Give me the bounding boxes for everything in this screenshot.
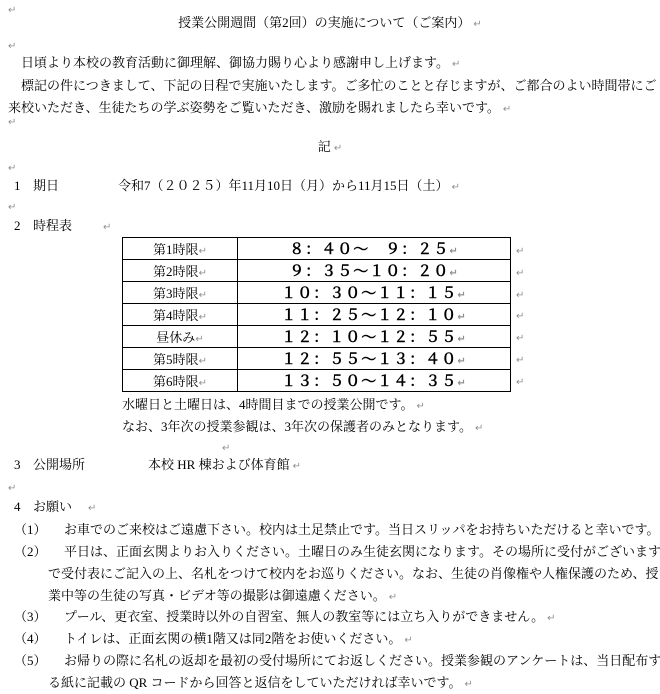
period-cell: 第3時限↵	[123, 282, 238, 304]
section-label: お願い	[33, 499, 72, 514]
title-line: 授業公開週間（第2回）の実施について（ご案内）↵	[0, 14, 660, 32]
section-number: 1	[14, 177, 33, 195]
item-text: 業中等の生徒の写真・ビデオ等の撮影は御遠慮ください。	[48, 588, 386, 603]
table-row: 昼休み↵ １２：１０～１２：５５↵	[123, 326, 511, 348]
period-label: 第5時限	[153, 352, 199, 367]
pilcrow-mark: ↵	[199, 268, 207, 279]
section-number: 4	[14, 498, 33, 516]
section-kijitsu: 1期日令和7（２０２５）年11月10日（月）から11月15日（土）↵	[14, 177, 460, 195]
period-label: 第4時限	[153, 308, 199, 323]
empty-paragraph: ↵	[8, 36, 16, 54]
table-row: 第3時限↵ １０：３０～１１：１５↵	[123, 282, 511, 304]
pilcrow-mark: ↵	[503, 104, 511, 115]
schedule-note-2: なお、3年次の授業参観は、3年次の保護者のみとなります。↵	[122, 418, 483, 436]
time-value: １１：２５～１２：１０	[281, 308, 457, 324]
intro-text-2: 標記の件につきまして、下記の日程で実施いたします。ご多忙のことと存じますが、ご都…	[8, 78, 656, 93]
section-label: 公開場所	[33, 457, 85, 472]
time-value: ８：４０～ ９：２５	[289, 242, 449, 258]
intro-text-3: 来校いただき、生徒たちの学ぶ姿勢をご覧いただき、激励を賜れましたら幸いです。	[8, 100, 500, 115]
intro-line-2: 標記の件につきまして、下記の日程で実施いたします。ご多忙のことと存じますが、ご都…	[8, 77, 656, 95]
request-item-5: （5）お帰りの際に名札の返却を最初の受付場所にてお返しください。授業参観のアンケ…	[14, 652, 660, 670]
pilcrow-mark: ↵	[457, 378, 466, 389]
ki-text: 記	[318, 139, 331, 154]
time-cell: ８：４０～ ９：２５↵	[238, 238, 511, 260]
item-text: お車でのご来校はご遠慮下さい。校内は土足禁止です。当日スリッパをお持ちいただける…	[64, 522, 659, 537]
pilcrow-mark: ↵	[516, 311, 524, 322]
time-cell: １３：５０～１４：３５↵	[238, 370, 511, 392]
period-cell: 第1時限↵	[123, 238, 238, 260]
section-number: 3	[14, 456, 33, 474]
intro-line-3: 来校いただき、生徒たちの学ぶ姿勢をご覧いただき、激励を賜れましたら幸いです。↵	[8, 99, 511, 117]
pilcrow-mark: ↵	[88, 503, 96, 514]
time-cell: ９：３５～１０：２０↵	[238, 260, 511, 282]
empty-paragraph: ↵	[8, 112, 16, 130]
pilcrow-mark: ↵	[516, 246, 524, 257]
pilcrow-mark: ↵	[473, 19, 481, 30]
pilcrow-mark: ↵	[404, 635, 412, 646]
pilcrow-mark: ↵	[195, 334, 203, 345]
page-title: 授業公開週間（第2回）の実施について（ご案内）	[178, 15, 470, 30]
pilcrow-mark: ↵	[452, 59, 460, 70]
table-row: 第4時限↵ １１：２５～１２：１０↵	[123, 304, 511, 326]
pilcrow-mark: ↵	[199, 290, 207, 301]
pilcrow-mark: ↵	[516, 333, 524, 344]
item-number: （2）	[14, 543, 64, 561]
ki-heading: 記↵	[0, 138, 660, 156]
schedule-note-1: 水曜日と土曜日は、4時間目までの授業公開です。↵	[122, 396, 425, 414]
table-row: 第2時限↵ ９：３５～１０：２０↵	[123, 260, 511, 282]
intro-text-1: 日頃より本校の教育活動に御理解、御協力賜り心より感謝申し上げます。	[8, 55, 449, 70]
pilcrow-mark: ↵	[516, 268, 524, 279]
pilcrow-mark: ↵	[457, 334, 466, 345]
pilcrow-mark: ↵	[457, 356, 466, 367]
time-value: １２：５５～１３：４０	[281, 352, 457, 368]
pilcrow-mark: ↵	[8, 117, 16, 128]
pilcrow-mark: ↵	[449, 268, 458, 279]
pilcrow-mark: ↵	[449, 246, 458, 257]
period-cell: 第4時限↵	[123, 304, 238, 326]
kijitsu-value: 令和7（２０２５）年11月10日（月）から11月15日（土）	[118, 178, 449, 193]
pilcrow-mark: ↵	[465, 679, 473, 690]
intro-line-1: 日頃より本校の教育活動に御理解、御協力賜り心より感謝申し上げます。↵	[8, 54, 460, 72]
table-row: 第1時限↵ ８：４０～ ９：２５↵	[123, 238, 511, 260]
period-cell: 第5時限↵	[123, 348, 238, 370]
period-label: 第6時限	[153, 374, 199, 389]
document-page: ↵ 授業公開週間（第2回）の実施について（ご案内）↵ ↵ 日頃より本校の教育活動…	[0, 0, 660, 694]
period-label: 昼休み	[156, 330, 195, 345]
item-text: で受付表にご記入の上、名札をつけて校内をお巡りください。なお、生徒の肖像権や人権…	[48, 566, 658, 581]
item-text: プール、更衣室、授業時以外の自習室、無人の教室等には立ち入りができません。	[64, 609, 544, 624]
time-cell: １２：５５～１３：４０↵	[238, 348, 511, 370]
pilcrow-mark: ↵	[457, 290, 466, 301]
schedule-table: 第1時限↵ ８：４０～ ９：２５↵ 第2時限↵ ９：３５～１０：２０↵ 第3時限…	[122, 237, 511, 392]
period-cell: 第6時限↵	[123, 370, 238, 392]
basho-value: 本校 HR 棟および体育館	[148, 457, 290, 472]
time-value: １０：３０～１１：１５	[281, 286, 457, 302]
period-label: 第1時限	[153, 242, 199, 257]
request-item-1: （1）お車でのご来校はご遠慮下さい。校内は土足禁止です。当日スリッパをお持ちいた…	[14, 521, 660, 539]
pilcrow-mark: ↵	[334, 143, 342, 154]
section-onegai: 4お願い↵	[14, 498, 96, 516]
section-label: 期日	[33, 178, 59, 193]
pilcrow-mark: ↵	[516, 290, 524, 301]
period-label: 第2時限	[153, 264, 199, 279]
pilcrow-mark: ↵	[8, 163, 16, 174]
pilcrow-mark: ↵	[8, 41, 16, 52]
pilcrow-mark: ↵	[516, 377, 524, 388]
item-number: （3）	[14, 608, 64, 626]
item-number: （1）	[14, 521, 64, 539]
empty-paragraph: ↵	[8, 158, 16, 176]
time-value: ９：３５～１０：２０	[289, 264, 449, 280]
request-item-2: （2）平日は、正面玄関よりお入りください。土曜日のみ生徒玄関になります。その場所…	[14, 543, 660, 561]
period-label: 第3時限	[153, 286, 199, 301]
pilcrow-mark: ↵	[293, 461, 301, 472]
pilcrow-mark: ↵	[103, 222, 111, 233]
table-row: 第5時限↵ １２：５５～１３：４０↵	[123, 348, 511, 370]
pilcrow-mark: ↵	[475, 423, 483, 434]
pilcrow-mark: ↵	[452, 182, 460, 193]
pilcrow-mark: ↵	[199, 246, 207, 257]
time-value: １３：５０～１４：３５	[281, 374, 457, 390]
time-cell: １２：１０～１２：５５↵	[238, 326, 511, 348]
pilcrow-mark: ↵	[222, 443, 230, 454]
section-basho: 3公開場所本校 HR 棟および体育館↵	[14, 456, 301, 474]
pilcrow-mark: ↵	[547, 613, 555, 624]
pilcrow-mark: ↵	[457, 312, 466, 323]
period-cell: 第2時限↵	[123, 260, 238, 282]
section-number: 2	[14, 217, 33, 235]
item-text: トイレは、正面玄関の横1階又は同2階をお使いください。	[64, 631, 401, 646]
pilcrow-mark: ↵	[199, 312, 207, 323]
pilcrow-mark: ↵	[516, 355, 524, 366]
request-item-4: （4）トイレは、正面玄関の横1階又は同2階をお使いください。↵	[14, 630, 413, 648]
time-value: １２：１０～１２：５５	[281, 330, 457, 346]
table-row: 第6時限↵ １３：５０～１４：３５↵	[123, 370, 511, 392]
pilcrow-mark: ↵	[389, 592, 397, 603]
period-cell: 昼休み↵	[123, 326, 238, 348]
request-item-2-cont: で受付表にご記入の上、名札をつけて校内をお巡りください。なお、生徒の肖像権や人権…	[48, 565, 658, 583]
row-end-marks: ↵ ↵ ↵ ↵ ↵ ↵ ↵	[516, 239, 524, 392]
request-item-3: （3）プール、更衣室、授業時以外の自習室、無人の教室等には立ち入りができません。…	[14, 608, 555, 626]
item-text: お帰りの際に名札の返却を最初の受付場所にてお返しください。授業参観のアンケートは…	[64, 653, 660, 668]
note-text: 水曜日と土曜日は、4時間目までの授業公開です。	[122, 397, 413, 412]
pilcrow-mark: ↵	[8, 483, 16, 494]
time-cell: １０：３０～１１：１５↵	[238, 282, 511, 304]
empty-paragraph: ↵	[222, 438, 230, 456]
pilcrow-mark: ↵	[8, 202, 16, 213]
pilcrow-mark: ↵	[416, 401, 424, 412]
request-item-2-cont: 業中等の生徒の写真・ビデオ等の撮影は御遠慮ください。↵	[48, 587, 397, 605]
section-jitei: 2時程表↵	[14, 217, 111, 235]
item-text: る紙に記載の QR コードから回答と返信をしていただければ幸いです。	[48, 675, 462, 690]
item-number: （4）	[14, 630, 64, 648]
empty-paragraph: ↵	[8, 197, 16, 215]
empty-paragraph: ↵	[8, 478, 16, 496]
item-number: （5）	[14, 652, 64, 670]
pilcrow-mark: ↵	[199, 378, 207, 389]
section-label: 時程表	[33, 218, 72, 233]
time-cell: １１：２５～１２：１０↵	[238, 304, 511, 326]
pilcrow-mark: ↵	[199, 356, 207, 367]
request-item-5-cont: る紙に記載の QR コードから回答と返信をしていただければ幸いです。↵	[48, 674, 473, 692]
item-text: 平日は、正面玄関よりお入りください。土曜日のみ生徒玄関になります。その場所に受付…	[64, 544, 660, 559]
note-text: なお、3年次の授業参観は、3年次の保護者のみとなります。	[122, 419, 472, 434]
